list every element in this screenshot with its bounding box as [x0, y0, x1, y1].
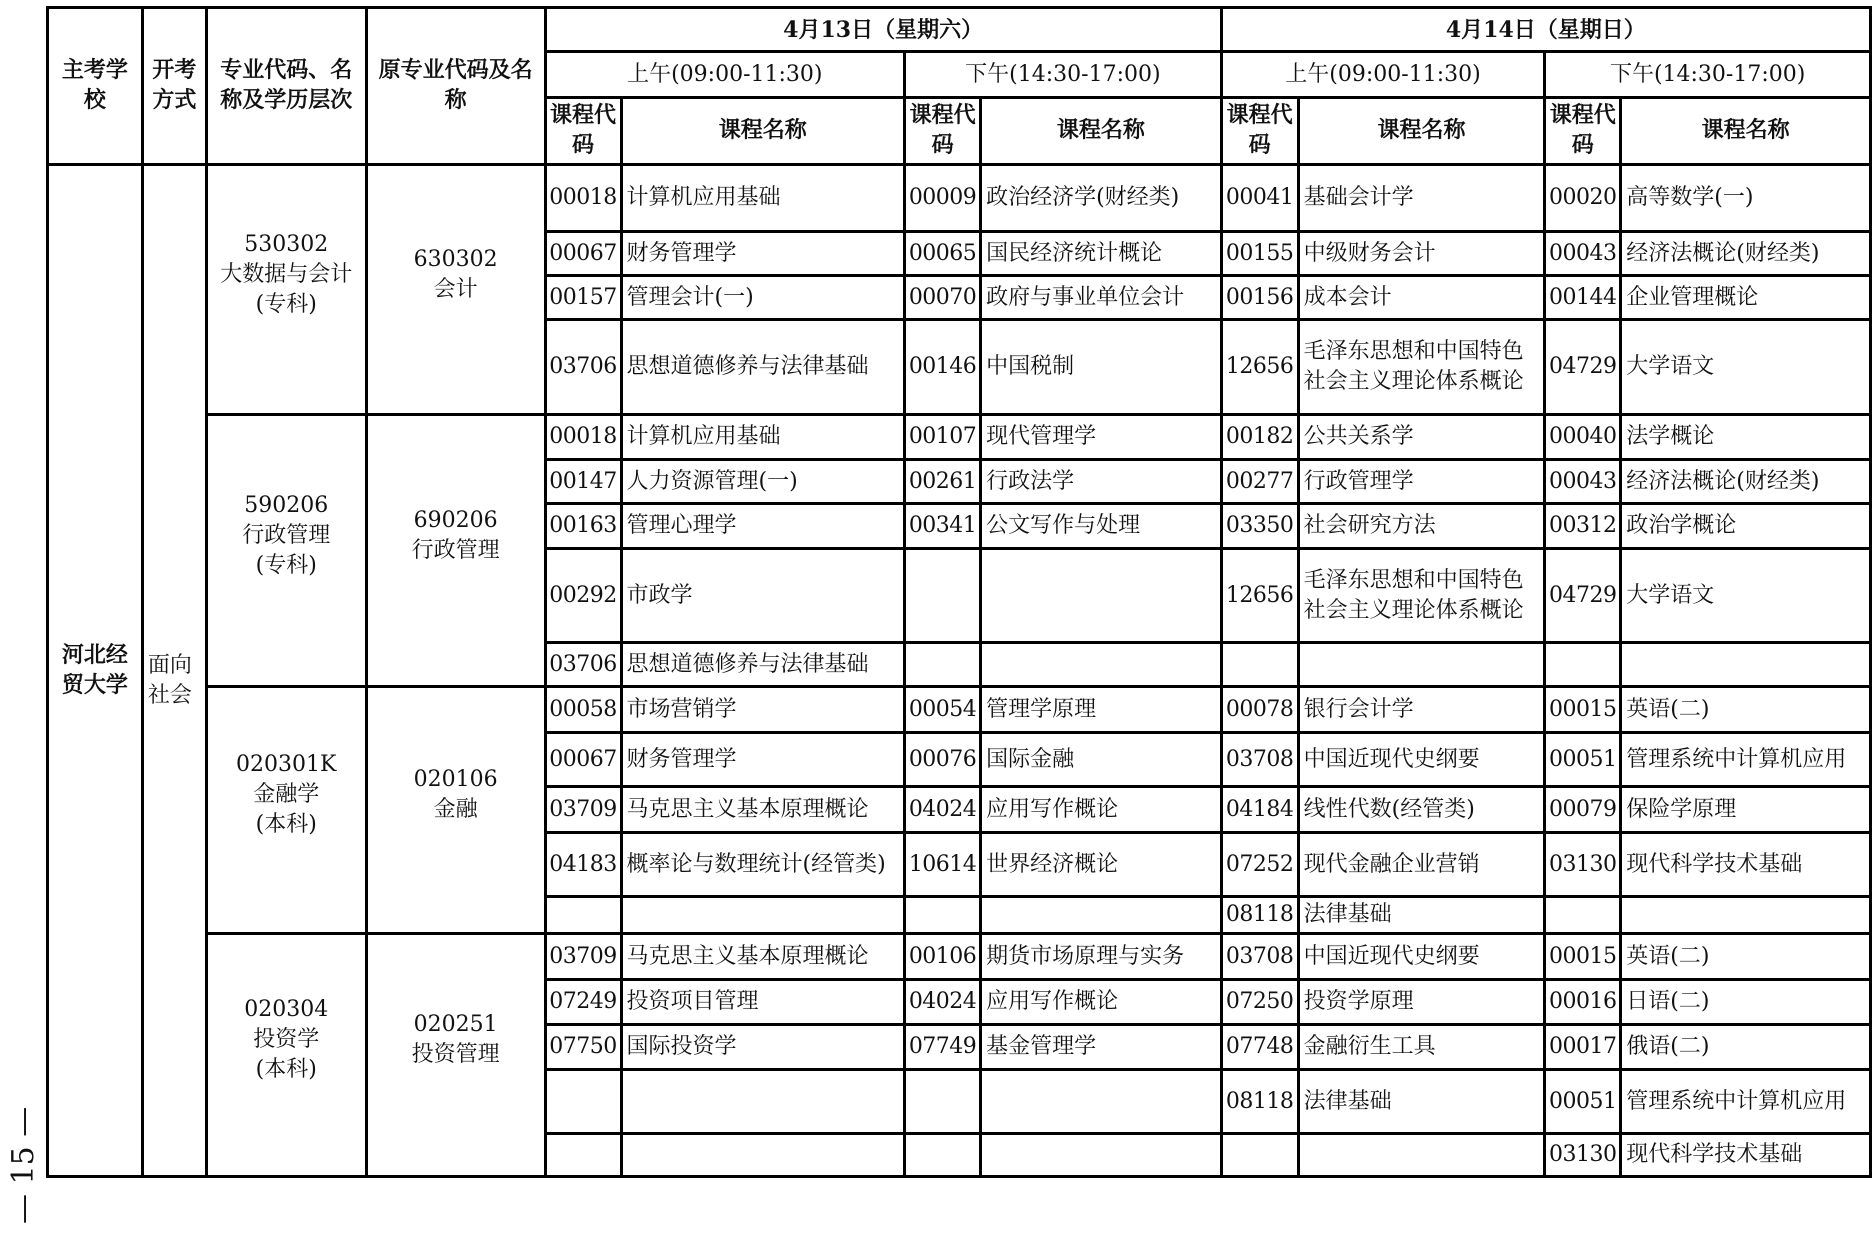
course-name: [621, 1134, 905, 1177]
exam-mode-cell: 面向社会: [142, 165, 206, 1177]
major-code: 590206: [210, 491, 363, 521]
course-name: 国际投资学: [621, 1025, 905, 1070]
course-name: [981, 897, 1222, 934]
course-code: 00292: [545, 549, 621, 643]
table-row: 020304投资学(本科)020251投资管理03709马克思主义基本原理概论0…: [48, 934, 1871, 980]
course-code: 00261: [905, 460, 981, 504]
course-name: 基础会计学: [1298, 165, 1545, 232]
header-day-2: 4月14日（星期日）: [1221, 8, 1870, 52]
course-code: [545, 897, 621, 934]
major-level: (本科): [210, 810, 363, 840]
course-code: 10614: [905, 833, 981, 897]
course-name: 政治经济学(财经类): [981, 165, 1222, 232]
course-name: 人力资源管理(一): [621, 460, 905, 504]
course-code: 07252: [1221, 833, 1298, 897]
course-code: 03706: [545, 320, 621, 415]
course-name: [981, 1134, 1222, 1177]
header-course-name: 课程名称: [1298, 98, 1545, 165]
orig-major-name: 行政管理: [370, 536, 542, 566]
course-name: [621, 1070, 905, 1134]
course-name: 市政学: [621, 549, 905, 643]
course-name: 经济法概论(财经类): [1621, 460, 1871, 504]
course-code: 00020: [1545, 165, 1621, 232]
orig-major-cell: 630302会计: [366, 165, 545, 415]
course-code: 12656: [1221, 320, 1298, 415]
course-code: 00106: [905, 934, 981, 980]
course-code: 00017: [1545, 1025, 1621, 1070]
course-code: 00043: [1545, 460, 1621, 504]
course-code: 00182: [1221, 415, 1298, 460]
course-name: 法律基础: [1298, 1070, 1545, 1134]
header-course-code: 课程代码: [905, 98, 981, 165]
course-name: 高等数学(一): [1621, 165, 1871, 232]
header-school: 主考学校: [48, 8, 143, 165]
course-code: 00146: [905, 320, 981, 415]
course-code: 04024: [905, 787, 981, 833]
course-name: 政府与事业单位会计: [981, 276, 1222, 320]
course-code: 00070: [905, 276, 981, 320]
course-code: 00076: [905, 733, 981, 787]
course-code: [1221, 1134, 1298, 1177]
orig-major-name: 会计: [370, 275, 542, 305]
course-code: 03350: [1221, 504, 1298, 549]
course-code: 00051: [1545, 733, 1621, 787]
major-code: 020304: [210, 995, 363, 1025]
major-cell: 020301K金融学(本科): [206, 687, 366, 934]
school-cell: 河北经贸大学: [48, 165, 143, 1177]
course-code: 00163: [545, 504, 621, 549]
course-name: 社会研究方法: [1298, 504, 1545, 549]
course-name: 管理学原理: [981, 687, 1222, 733]
course-code: 07750: [545, 1025, 621, 1070]
course-code: 00157: [545, 276, 621, 320]
major-name: 金融学: [210, 780, 363, 810]
header-day1-am: 上午(09:00-11:30): [545, 52, 905, 98]
course-name: 现代科学技术基础: [1621, 1134, 1871, 1177]
table-row: 020301K金融学(本科)020106金融00058市场营销学00054管理学…: [48, 687, 1871, 733]
course-name: 市场营销学: [621, 687, 905, 733]
major-name: 行政管理: [210, 521, 363, 551]
course-name: 管理心理学: [621, 504, 905, 549]
orig-major-cell: 020251投资管理: [366, 934, 545, 1177]
course-name: 思想道德修养与法律基础: [621, 643, 905, 687]
exam-schedule-table: 主考学校 开考方式 专业代码、名称及学历层次 原专业代码及名称 4月13日（星期…: [46, 6, 1872, 1178]
course-code: 04184: [1221, 787, 1298, 833]
course-code: 03130: [1545, 833, 1621, 897]
course-code: 00015: [1545, 687, 1621, 733]
course-name: [981, 1070, 1222, 1134]
course-code: [905, 643, 981, 687]
course-code: 00144: [1545, 276, 1621, 320]
header-day2-am: 上午(09:00-11:30): [1221, 52, 1545, 98]
course-code: 00054: [905, 687, 981, 733]
course-name: 财务管理学: [621, 733, 905, 787]
course-name: [981, 549, 1222, 643]
course-code: 03709: [545, 934, 621, 980]
course-code: [545, 1070, 621, 1134]
course-name: 应用写作概论: [981, 980, 1222, 1025]
course-code: 00043: [1545, 232, 1621, 276]
course-code: 00079: [1545, 787, 1621, 833]
major-level: (本科): [210, 1055, 363, 1085]
course-code: 07250: [1221, 980, 1298, 1025]
course-code: 00015: [1545, 934, 1621, 980]
table-row: 590206行政管理(专科)690206行政管理00018计算机应用基础0010…: [48, 415, 1871, 460]
course-name: 马克思主义基本原理概论: [621, 934, 905, 980]
course-name: 金融衍生工具: [1298, 1025, 1545, 1070]
major-cell: 590206行政管理(专科): [206, 415, 366, 687]
course-name: 大学语文: [1621, 549, 1871, 643]
course-name: 俄语(二): [1621, 1025, 1871, 1070]
course-name: 毛泽东思想和中国特色社会主义理论体系概论: [1298, 549, 1545, 643]
course-name: 法学概论: [1621, 415, 1871, 460]
course-name: 线性代数(经管类): [1298, 787, 1545, 833]
course-code: 04729: [1545, 320, 1621, 415]
course-code: 00067: [545, 733, 621, 787]
course-name: 中国近现代史纲要: [1298, 733, 1545, 787]
course-code: 00155: [1221, 232, 1298, 276]
course-name: 现代金融企业营销: [1298, 833, 1545, 897]
header-course-name: 课程名称: [981, 98, 1222, 165]
course-name: 行政法学: [981, 460, 1222, 504]
header-course-code: 课程代码: [1545, 98, 1621, 165]
course-name: 管理系统中计算机应用: [1621, 1070, 1871, 1134]
course-code: [905, 1134, 981, 1177]
course-name: [1621, 643, 1871, 687]
major-name: 大数据与会计: [210, 260, 363, 290]
course-code: [1545, 897, 1621, 934]
course-name: 毛泽东思想和中国特色社会主义理论体系概论: [1298, 320, 1545, 415]
orig-major-name: 金融: [370, 795, 542, 825]
course-name: 成本会计: [1298, 276, 1545, 320]
course-name: 银行会计学: [1298, 687, 1545, 733]
course-code: 03708: [1221, 934, 1298, 980]
header-day1-pm: 下午(14:30-17:00): [905, 52, 1222, 98]
course-code: 08118: [1221, 1070, 1298, 1134]
orig-major-cell: 690206行政管理: [366, 415, 545, 687]
course-name: [1298, 1134, 1545, 1177]
table-row: 河北经贸大学面向社会530302大数据与会计(专科)630302会计00018计…: [48, 165, 1871, 232]
course-name: 国民经济统计概论: [981, 232, 1222, 276]
major-level: (专科): [210, 551, 363, 581]
header-course-code: 课程代码: [545, 98, 621, 165]
course-code: [1545, 643, 1621, 687]
course-code: 00018: [545, 415, 621, 460]
orig-major-code: 020106: [370, 765, 542, 795]
course-name: 思想道德修养与法律基础: [621, 320, 905, 415]
orig-major-cell: 020106金融: [366, 687, 545, 934]
page-number: — 15 —: [4, 1080, 44, 1250]
course-name: 公文写作与处理: [981, 504, 1222, 549]
course-name: 法律基础: [1298, 897, 1545, 934]
course-name: 财务管理学: [621, 232, 905, 276]
course-name: 管理系统中计算机应用: [1621, 733, 1871, 787]
course-code: 07249: [545, 980, 621, 1025]
course-name: 政治学概论: [1621, 504, 1871, 549]
major-name: 投资学: [210, 1025, 363, 1055]
course-code: 07748: [1221, 1025, 1298, 1070]
course-name: 世界经济概论: [981, 833, 1222, 897]
course-code: 00058: [545, 687, 621, 733]
course-name: 基金管理学: [981, 1025, 1222, 1070]
course-code: 00107: [905, 415, 981, 460]
header-day2-pm: 下午(14:30-17:00): [1545, 52, 1871, 98]
major-cell: 020304投资学(本科): [206, 934, 366, 1177]
course-code: [905, 897, 981, 934]
course-code: [905, 1070, 981, 1134]
course-code: 03709: [545, 787, 621, 833]
course-name: 计算机应用基础: [621, 165, 905, 232]
course-code: 00147: [545, 460, 621, 504]
course-code: 12656: [1221, 549, 1298, 643]
course-name: 企业管理概论: [1621, 276, 1871, 320]
major-cell: 530302大数据与会计(专科): [206, 165, 366, 415]
course-code: 00312: [1545, 504, 1621, 549]
course-code: 00341: [905, 504, 981, 549]
course-code: 03706: [545, 643, 621, 687]
course-name: 日语(二): [1621, 980, 1871, 1025]
course-name: 现代科学技术基础: [1621, 833, 1871, 897]
course-name: 管理会计(一): [621, 276, 905, 320]
course-name: 马克思主义基本原理概论: [621, 787, 905, 833]
major-level: (专科): [210, 290, 363, 320]
course-code: 00078: [1221, 687, 1298, 733]
course-code: 07749: [905, 1025, 981, 1070]
course-name: 英语(二): [1621, 934, 1871, 980]
course-code: 08118: [1221, 897, 1298, 934]
orig-major-code: 020251: [370, 1010, 542, 1040]
course-code: [545, 1134, 621, 1177]
course-code: 00040: [1545, 415, 1621, 460]
course-code: [905, 549, 981, 643]
course-code: 00018: [545, 165, 621, 232]
header-row-dates: 主考学校 开考方式 专业代码、名称及学历层次 原专业代码及名称 4月13日（星期…: [48, 8, 1871, 52]
orig-major-code: 630302: [370, 245, 542, 275]
course-name: [1621, 897, 1871, 934]
course-code: 04729: [1545, 549, 1621, 643]
course-name: 投资项目管理: [621, 980, 905, 1025]
course-name: 保险学原理: [1621, 787, 1871, 833]
course-name: 英语(二): [1621, 687, 1871, 733]
header-mode: 开考方式: [142, 8, 206, 165]
orig-major-code: 690206: [370, 506, 542, 536]
course-code: 00041: [1221, 165, 1298, 232]
course-name: 中国税制: [981, 320, 1222, 415]
course-name: [621, 897, 905, 934]
course-name: 中级财务会计: [1298, 232, 1545, 276]
major-code: 530302: [210, 230, 363, 260]
course-name: 公共关系学: [1298, 415, 1545, 460]
header-course-code: 课程代码: [1221, 98, 1298, 165]
course-name: 经济法概论(财经类): [1621, 232, 1871, 276]
header-orig-major: 原专业代码及名称: [366, 8, 545, 165]
header-major: 专业代码、名称及学历层次: [206, 8, 366, 165]
course-code: 00051: [1545, 1070, 1621, 1134]
header-course-name: 课程名称: [621, 98, 905, 165]
header-course-name: 课程名称: [1621, 98, 1871, 165]
course-name: 大学语文: [1621, 320, 1871, 415]
course-name: 期货市场原理与实务: [981, 934, 1222, 980]
course-code: 04183: [545, 833, 621, 897]
course-code: 00156: [1221, 276, 1298, 320]
course-code: 04024: [905, 980, 981, 1025]
course-code: 00277: [1221, 460, 1298, 504]
course-code: 00016: [1545, 980, 1621, 1025]
course-code: 00065: [905, 232, 981, 276]
header-day-1: 4月13日（星期六）: [545, 8, 1221, 52]
course-name: 概率论与数理统计(经管类): [621, 833, 905, 897]
course-code: 03130: [1545, 1134, 1621, 1177]
course-code: 00009: [905, 165, 981, 232]
orig-major-name: 投资管理: [370, 1040, 542, 1070]
course-name: 应用写作概论: [981, 787, 1222, 833]
course-name: [981, 643, 1222, 687]
course-name: 行政管理学: [1298, 460, 1545, 504]
course-name: 计算机应用基础: [621, 415, 905, 460]
major-code: 020301K: [210, 750, 363, 780]
course-name: 投资学原理: [1298, 980, 1545, 1025]
course-code: 00067: [545, 232, 621, 276]
course-name: 现代管理学: [981, 415, 1222, 460]
course-name: 中国近现代史纲要: [1298, 934, 1545, 980]
course-name: 国际金融: [981, 733, 1222, 787]
course-name: [1298, 643, 1545, 687]
course-code: 03708: [1221, 733, 1298, 787]
course-code: [1221, 643, 1298, 687]
